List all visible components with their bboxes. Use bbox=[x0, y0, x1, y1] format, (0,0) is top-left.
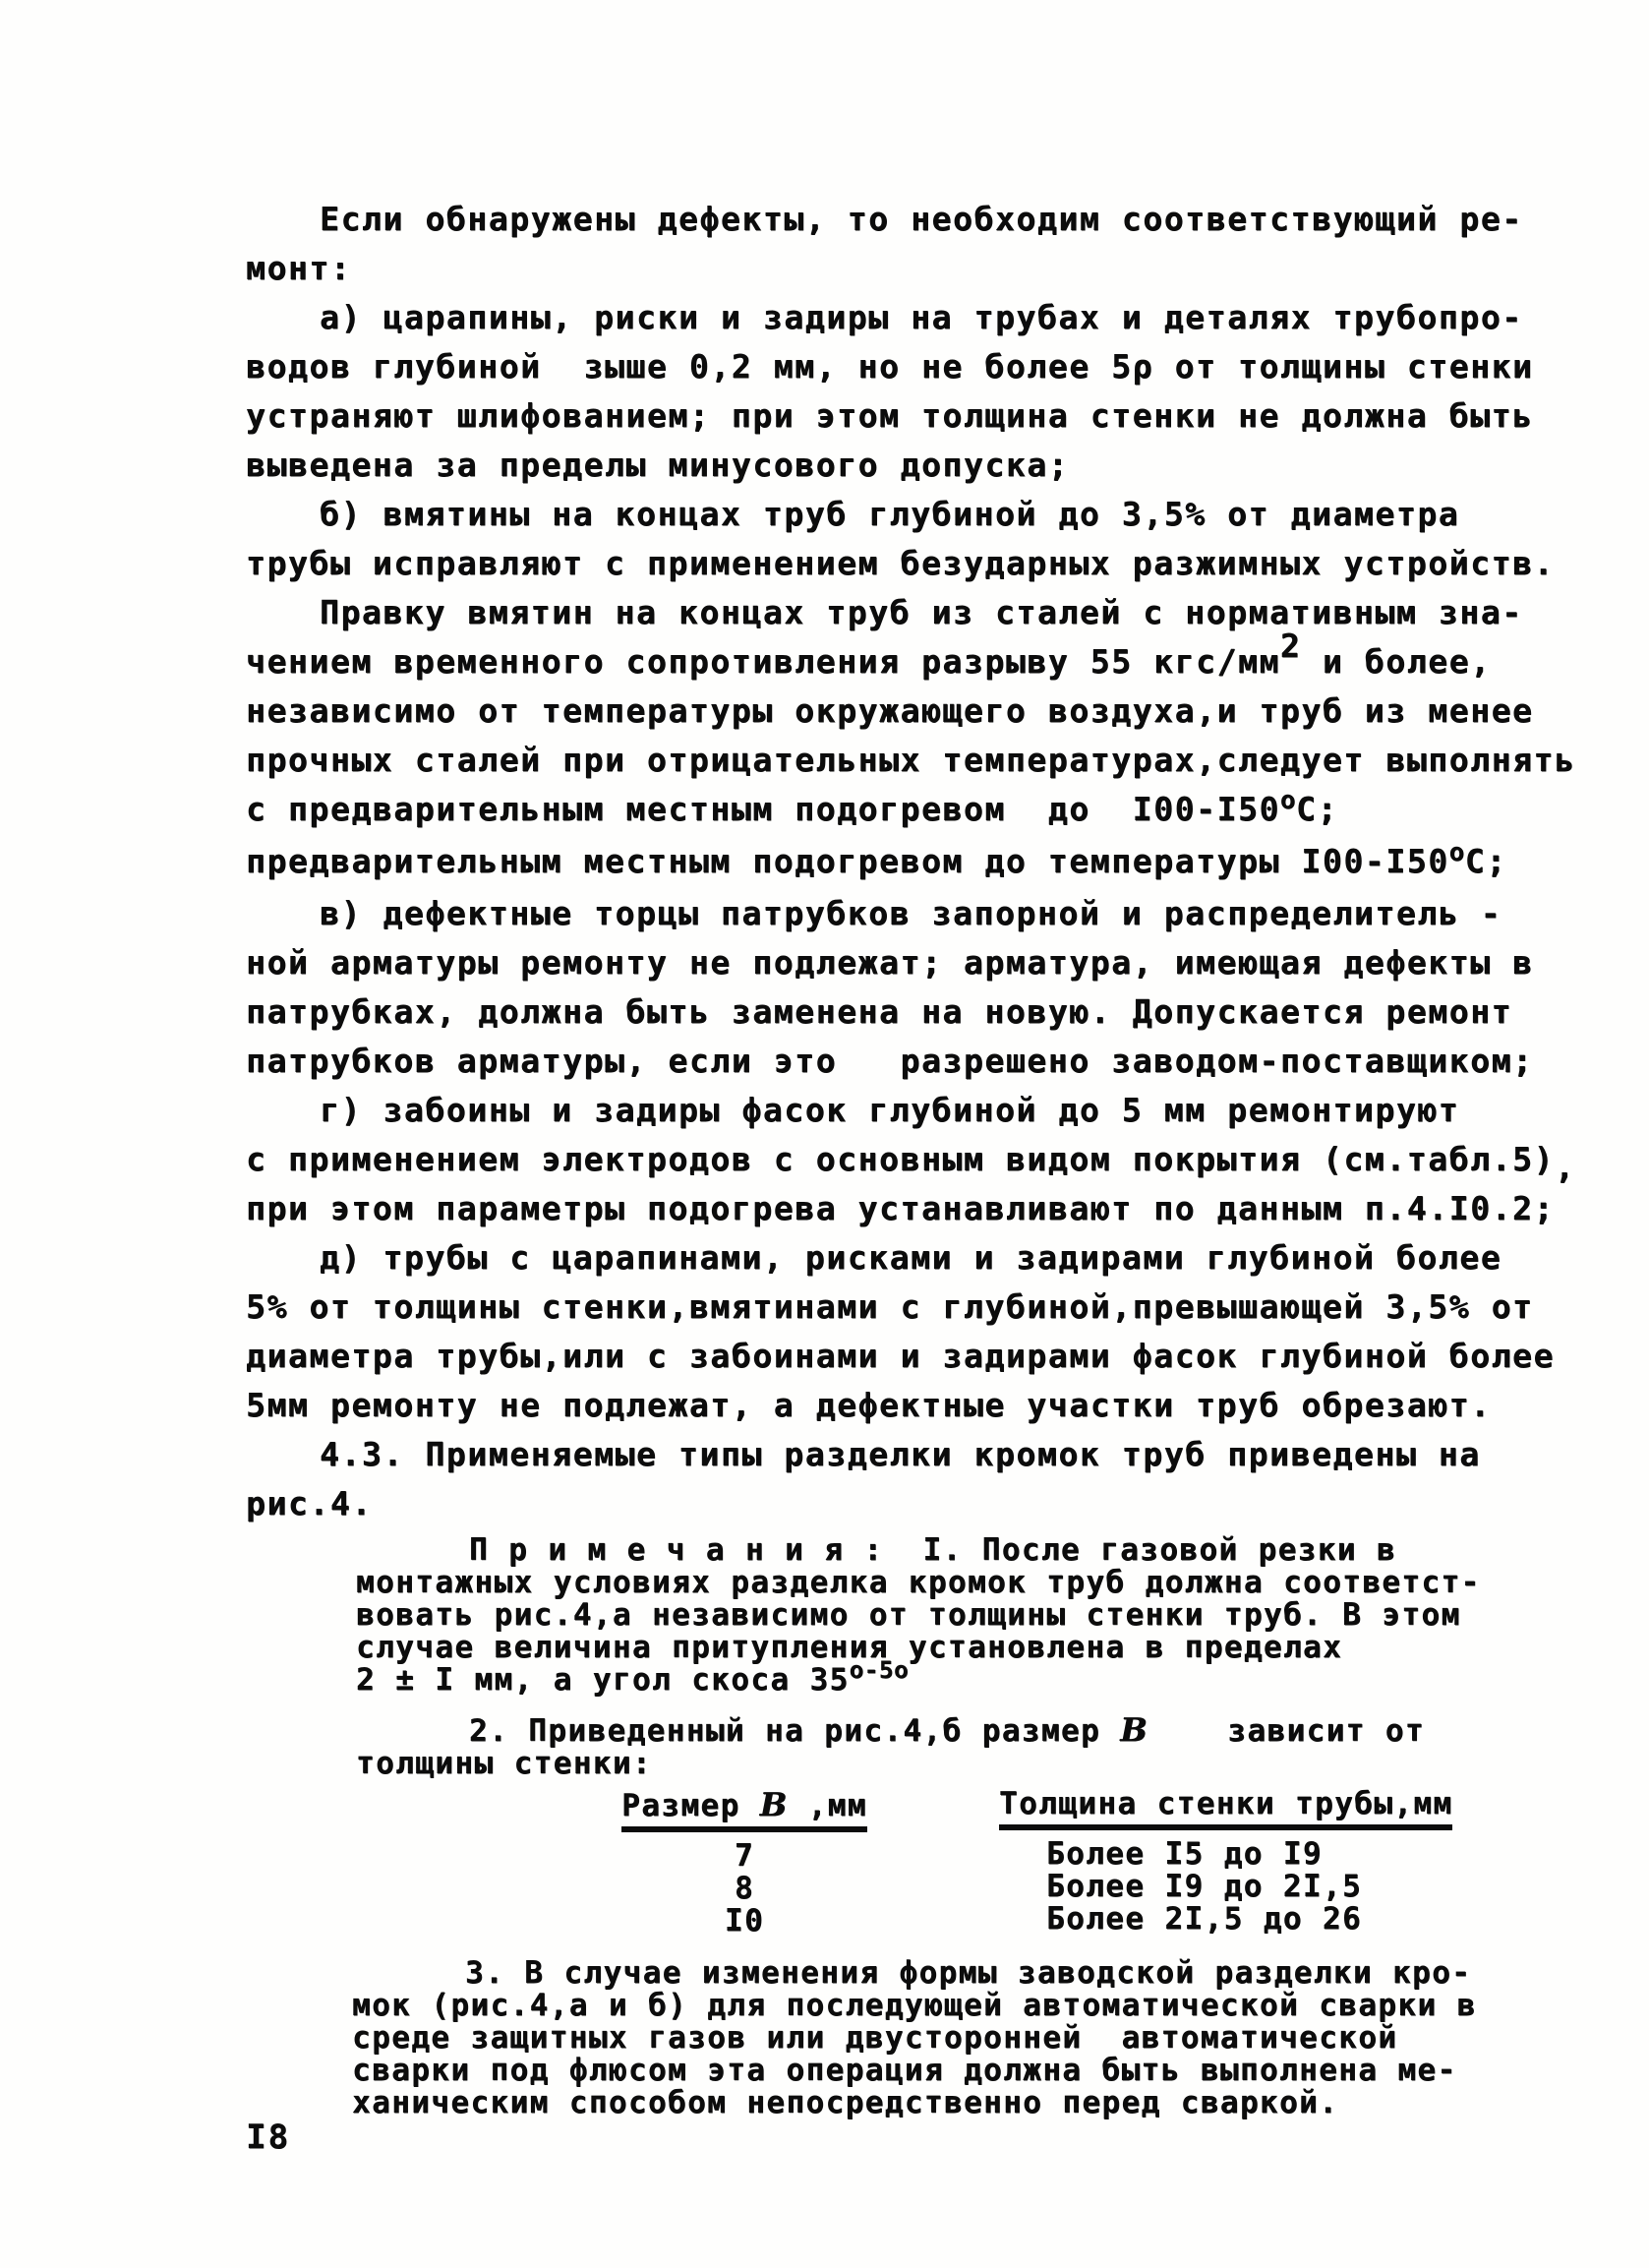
text-segment: 4.3. Применяемые типы разделки кромок тр… bbox=[320, 1435, 1481, 1473]
text-segment: патрубках, должна быть заменена на новую… bbox=[246, 992, 1512, 1031]
sup-sm-segment: о-5о bbox=[850, 1654, 910, 1687]
text-line: д) трубы с царапинами, рисками и задирам… bbox=[246, 1233, 1575, 1283]
italic-b-segment: В bbox=[1120, 1710, 1148, 1749]
table-column-size: Размер В ,мм 78I0 bbox=[606, 1788, 883, 1938]
sup-segment: 2 bbox=[1280, 622, 1301, 671]
text-line: выведена за пределы минусового допуска; bbox=[246, 441, 1575, 490]
text-line: трубы исправляют с применением безударны… bbox=[246, 539, 1575, 588]
table-cell-thickness: Более I5 до I9 bbox=[1046, 1838, 1452, 1871]
text-line: толщины стенки: bbox=[356, 1748, 1425, 1780]
text-segment: водов глубиной зыше 0,2 мм, но не более … bbox=[246, 347, 1534, 386]
text-segment: зависит от bbox=[1148, 1713, 1425, 1749]
text-segment: д) трубы с царапинами, рисками и задирам… bbox=[320, 1238, 1502, 1277]
text-segment: ,мм bbox=[789, 1788, 867, 1823]
table-column-thickness: Толщина стенки трубы,мм Более I5 до I9Бо… bbox=[999, 1788, 1452, 1936]
text-segment: среде защитных газов или двусторонней ав… bbox=[352, 2020, 1397, 2056]
text-segment: в) дефектные торцы патрубков запорной и … bbox=[320, 894, 1502, 932]
text-segment: Правку вмятин на концах труб из сталей с… bbox=[320, 593, 1523, 631]
text-segment: прочных сталей при отрицательных темпера… bbox=[246, 741, 1575, 779]
text-segment: 5% от толщины стенки,вмятинами с глубино… bbox=[246, 1287, 1534, 1326]
text-segment: ханическим способом непосредственно пере… bbox=[352, 2085, 1338, 2120]
table-cell-size: I0 bbox=[606, 1905, 883, 1938]
text-segment: чением временного сопротивления разрыву … bbox=[246, 642, 1280, 681]
table-thickness-values: Более I5 до I9Более I9 до 2I,5Более 2I,5… bbox=[999, 1838, 1452, 1936]
text-segment: П р и м е ч а н и я : I. После газовой р… bbox=[469, 1532, 1396, 1568]
notes-block-1: П р и м е ч а н и я : I. После газовой р… bbox=[356, 1534, 1481, 1699]
text-line: сварки под флюсом эта операция должна бы… bbox=[352, 2055, 1477, 2087]
text-segment: 5мм ремонту не подлежат, а дефектные уча… bbox=[246, 1386, 1492, 1424]
text-line: 5% от толщины стенки,вмятинами с глубино… bbox=[246, 1283, 1575, 1332]
table-cell-size: 8 bbox=[606, 1873, 883, 1905]
text-line: предварительным местным подогревом до те… bbox=[246, 837, 1575, 889]
text-line: б) вмятины на концах труб глубиной до 3,… bbox=[246, 490, 1575, 539]
text-segment: диаметра трубы,или с забоинами и задирам… bbox=[246, 1337, 1555, 1375]
text-segment: 3. В случае изменения формы заводской ра… bbox=[465, 1955, 1471, 1991]
text-segment: выведена за пределы минусового допуска; bbox=[246, 446, 1069, 484]
text-segment: патрубков арматуры, если это разрешено з… bbox=[246, 1042, 1534, 1080]
notes-block-3: 3. В случае изменения формы заводской ра… bbox=[352, 1957, 1477, 2119]
scanned-document-page: Если обнаружены дефекты, то необходим со… bbox=[0, 0, 1649, 2268]
text-line: а) царапины, риски и задиры на трубах и … bbox=[246, 293, 1575, 342]
text-segment: 2. Приведенный на рис.4,б размер bbox=[469, 1713, 1120, 1749]
text-line: мок (рис.4,а и б) для последующей автома… bbox=[352, 1990, 1477, 2022]
text-segment: монтажных условиях разделка кромок труб … bbox=[356, 1565, 1481, 1600]
text-line: 3. В случае изменения формы заводской ра… bbox=[352, 1957, 1477, 1990]
text-segment: Размер bbox=[621, 1788, 759, 1823]
table-cell-size: 7 bbox=[606, 1840, 883, 1873]
text-segment: б) вмятины на концах труб глубиной до 3,… bbox=[320, 495, 1459, 533]
text-segment: Если обнаружены дефекты, то необходим со… bbox=[320, 200, 1523, 238]
sub-sm-segment: , bbox=[1555, 1143, 1575, 1192]
text-segment: г) забоины и задиры фасок глубиной до 5 … bbox=[320, 1091, 1459, 1129]
sup-sm-segment: о bbox=[1280, 776, 1296, 825]
text-line: устраняют шлифованием; при этом толщина … bbox=[246, 391, 1575, 441]
text-line: патрубках, должна быть заменена на новую… bbox=[246, 987, 1575, 1037]
sup-sm-segment: о bbox=[1449, 828, 1465, 877]
text-line: водов глубиной зыше 0,2 мм, но не более … bbox=[246, 342, 1575, 391]
text-segment: при этом параметры подогрева устанавлива… bbox=[246, 1189, 1555, 1227]
text-line: г) забоины и задиры фасок глубиной до 5 … bbox=[246, 1086, 1575, 1135]
text-line: с применением электродов с основным видо… bbox=[246, 1135, 1575, 1184]
text-line: 5мм ремонту не подлежат, а дефектные уча… bbox=[246, 1381, 1575, 1430]
text-line: рис.4. bbox=[246, 1479, 1575, 1528]
text-line: с предварительным местным подогревом до … bbox=[246, 785, 1575, 837]
text-line: монт: bbox=[246, 244, 1575, 293]
table-cell-thickness: Более I9 до 2I,5 bbox=[1046, 1871, 1452, 1903]
text-line: среде защитных газов или двусторонней ав… bbox=[352, 2022, 1477, 2055]
text-line: ной арматуры ремонту не подлежат; армату… bbox=[246, 938, 1575, 987]
notes-block-2: 2. Приведенный на рис.4,б размер В завис… bbox=[356, 1713, 1425, 1780]
text-segment: устраняют шлифованием; при этом толщина … bbox=[246, 396, 1534, 435]
text-segment: вовать рис.4,а независимо от толщины сте… bbox=[356, 1597, 1461, 1633]
text-segment: независимо от температуры окружающего во… bbox=[246, 691, 1534, 730]
text-segment: трубы исправляют с применением безударны… bbox=[246, 544, 1555, 582]
main-text-block: Если обнаружены дефекты, то необходим со… bbox=[246, 195, 1575, 1528]
text-line: Если обнаружены дефекты, то необходим со… bbox=[246, 195, 1575, 244]
text-segment: с применением электродов с основным видо… bbox=[246, 1140, 1555, 1178]
text-segment: мок (рис.4,а и б) для последующей автома… bbox=[352, 1988, 1477, 2023]
table-cell-thickness: Более 2I,5 до 26 bbox=[1046, 1903, 1452, 1936]
text-line: ханическим способом непосредственно пере… bbox=[352, 2087, 1477, 2119]
text-line: патрубков арматуры, если это разрешено з… bbox=[246, 1037, 1575, 1086]
text-line: П р и м е ч а н и я : I. После газовой р… bbox=[356, 1534, 1481, 1567]
table-header-thickness: Толщина стенки трубы,мм bbox=[999, 1788, 1452, 1830]
text-line: 2. Приведенный на рис.4,б размер В завис… bbox=[356, 1713, 1425, 1748]
text-line: Правку вмятин на концах труб из сталей с… bbox=[246, 588, 1575, 637]
text-segment: сварки под флюсом эта операция должна бы… bbox=[352, 2053, 1457, 2088]
text-line: прочных сталей при отрицательных темпера… bbox=[246, 736, 1575, 785]
text-line: случае величина притупления установлена … bbox=[356, 1632, 1481, 1664]
text-segment: С; bbox=[1296, 790, 1338, 828]
text-line: при этом параметры подогрева устанавлива… bbox=[246, 1184, 1575, 1233]
text-segment: монт: bbox=[246, 249, 351, 287]
text-segment: ной арматуры ремонту не подлежат; армату… bbox=[246, 943, 1534, 982]
text-segment: толщины стенки: bbox=[356, 1746, 652, 1781]
text-line: монтажных условиях разделка кромок труб … bbox=[356, 1567, 1481, 1599]
text-line: 4.3. Применяемые типы разделки кромок тр… bbox=[246, 1430, 1575, 1479]
text-segment: рис.4. bbox=[246, 1484, 373, 1522]
text-segment: предварительным местным подогревом до те… bbox=[246, 842, 1449, 880]
text-segment: а) царапины, риски и задиры на трубах и … bbox=[320, 298, 1523, 336]
text-segment: и более, bbox=[1301, 642, 1491, 681]
text-line: независимо от температуры окружающего во… bbox=[246, 686, 1575, 736]
text-segment: с предварительным местным подогревом до … bbox=[246, 790, 1280, 828]
text-segment: С; bbox=[1465, 842, 1507, 880]
text-line: чением временного сопротивления разрыву … bbox=[246, 637, 1575, 686]
italic-b-segment: В bbox=[760, 1785, 789, 1823]
text-line: 2 ± I мм, а угол скоса 35о-5о bbox=[356, 1664, 1481, 1699]
page-number: I8 bbox=[246, 2118, 290, 2157]
text-line: в) дефектные торцы патрубков запорной и … bbox=[246, 889, 1575, 938]
table-header-size: Размер В ,мм bbox=[621, 1788, 867, 1832]
text-line: вовать рис.4,а независимо от толщины сте… bbox=[356, 1599, 1481, 1632]
table-size-values: 78I0 bbox=[606, 1840, 883, 1938]
text-line: диаметра трубы,или с забоинами и задирам… bbox=[246, 1332, 1575, 1381]
text-segment: 2 ± I мм, а угол скоса 35 bbox=[356, 1662, 850, 1698]
